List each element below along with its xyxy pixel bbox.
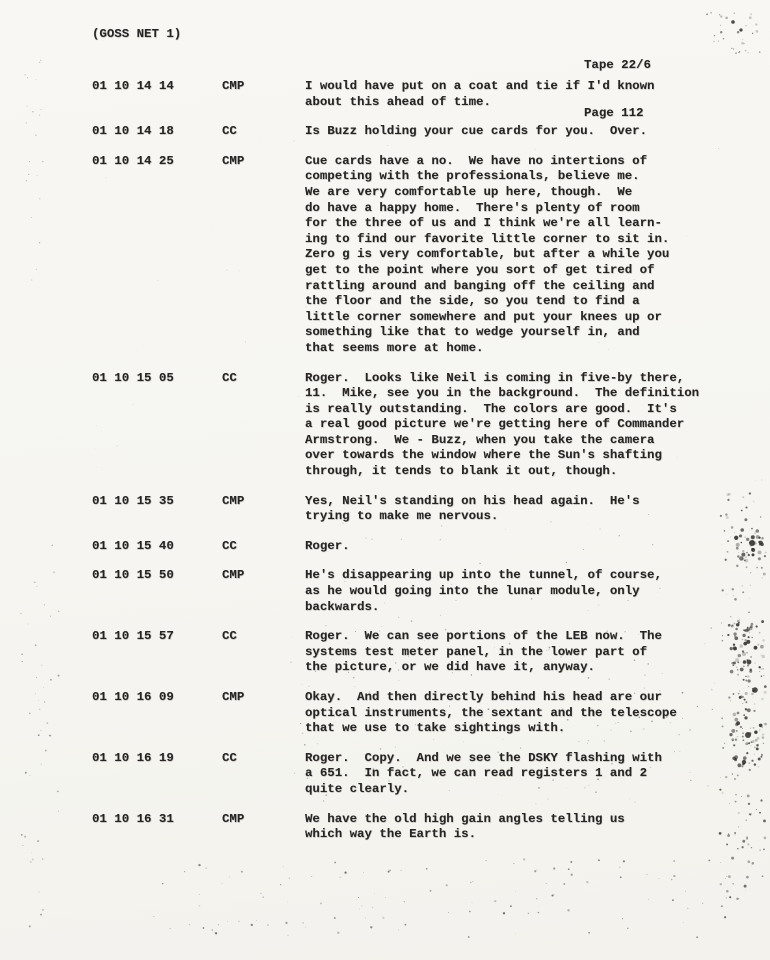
entry-timestamp: 01 10 15 35 bbox=[92, 494, 222, 510]
entry-timestamp: 01 10 14 14 bbox=[92, 79, 222, 95]
entry-text: Roger. Looks like Neil is coming in five… bbox=[305, 371, 725, 480]
entry-speaker: CMP bbox=[222, 568, 305, 584]
transcript-entry: 01 10 15 50 CMP He's disappearing up int… bbox=[92, 568, 770, 615]
entry-text: Yes, Neil's standing on his head again. … bbox=[305, 494, 725, 525]
entry-timestamp: 01 10 15 40 bbox=[92, 539, 222, 555]
tape-label: Tape 22/6 bbox=[584, 57, 651, 73]
entry-timestamp: 01 10 16 09 bbox=[92, 690, 222, 706]
entry-text: Cue cards have a no. We have no intertio… bbox=[305, 154, 725, 357]
transcript-entry: 01 10 15 40 CC Roger. bbox=[92, 539, 770, 555]
entry-speaker: CC bbox=[222, 539, 305, 555]
transcript-entry: 01 10 15 05 CC Roger. Looks like Neil is… bbox=[92, 371, 770, 480]
entry-speaker: CMP bbox=[222, 812, 305, 828]
goss-net-label: (GOSS NET 1) bbox=[92, 27, 181, 41]
entry-text: We have the old high gain angles telling… bbox=[305, 812, 725, 843]
transcript-page: (GOSS NET 1) Tape 22/6 Page 112 01 10 14… bbox=[0, 0, 770, 960]
entry-speaker: CC bbox=[222, 629, 305, 645]
entry-timestamp: 01 10 14 25 bbox=[92, 154, 222, 170]
entry-speaker: CC bbox=[222, 124, 305, 140]
transcript-entry: 01 10 16 09 CMP Okay. And then directly … bbox=[92, 690, 770, 737]
transcript-entry: 01 10 16 31 CMP We have the old high gai… bbox=[92, 812, 770, 843]
transcript-entry: 01 10 15 35 CMP Yes, Neil's standing on … bbox=[92, 494, 770, 525]
entry-timestamp: 01 10 16 31 bbox=[92, 812, 222, 828]
transcript-entries: 01 10 14 14 CMP I would have put on a co… bbox=[0, 79, 770, 857]
entry-timestamp: 01 10 14 18 bbox=[92, 124, 222, 140]
entry-speaker: CMP bbox=[222, 690, 305, 706]
entry-text: Roger. We can see portions of the LEB no… bbox=[305, 629, 725, 676]
entry-speaker: CMP bbox=[222, 79, 305, 95]
entry-timestamp: 01 10 15 50 bbox=[92, 568, 222, 584]
entry-timestamp: 01 10 15 57 bbox=[92, 629, 222, 645]
entry-speaker: CC bbox=[222, 371, 305, 387]
entry-speaker: CMP bbox=[222, 494, 305, 510]
transcript-entry: 01 10 14 14 CMP I would have put on a co… bbox=[92, 79, 770, 110]
entry-text: I would have put on a coat and tie if I'… bbox=[305, 79, 725, 110]
entry-timestamp: 01 10 16 19 bbox=[92, 751, 222, 767]
entry-text: Roger. bbox=[305, 539, 725, 555]
entry-speaker: CC bbox=[222, 751, 305, 767]
entry-text: Okay. And then directly behind his head … bbox=[305, 690, 725, 737]
entry-text: Is Buzz holding your cue cards for you. … bbox=[305, 124, 725, 140]
transcript-entry: 01 10 14 18 CC Is Buzz holding your cue … bbox=[92, 124, 770, 140]
transcript-entry: 01 10 15 57 CC Roger. We can see portion… bbox=[92, 629, 770, 676]
entry-speaker: CMP bbox=[222, 154, 305, 170]
entry-timestamp: 01 10 15 05 bbox=[92, 371, 222, 387]
entry-text: Roger. Copy. And we see the DSKY flashin… bbox=[305, 751, 725, 798]
transcript-entry: 01 10 16 19 CC Roger. Copy. And we see t… bbox=[92, 751, 770, 798]
entry-text: He's disappearing up into the tunnel, of… bbox=[305, 568, 725, 615]
transcript-entry: 01 10 14 25 CMP Cue cards have a no. We … bbox=[92, 154, 770, 357]
